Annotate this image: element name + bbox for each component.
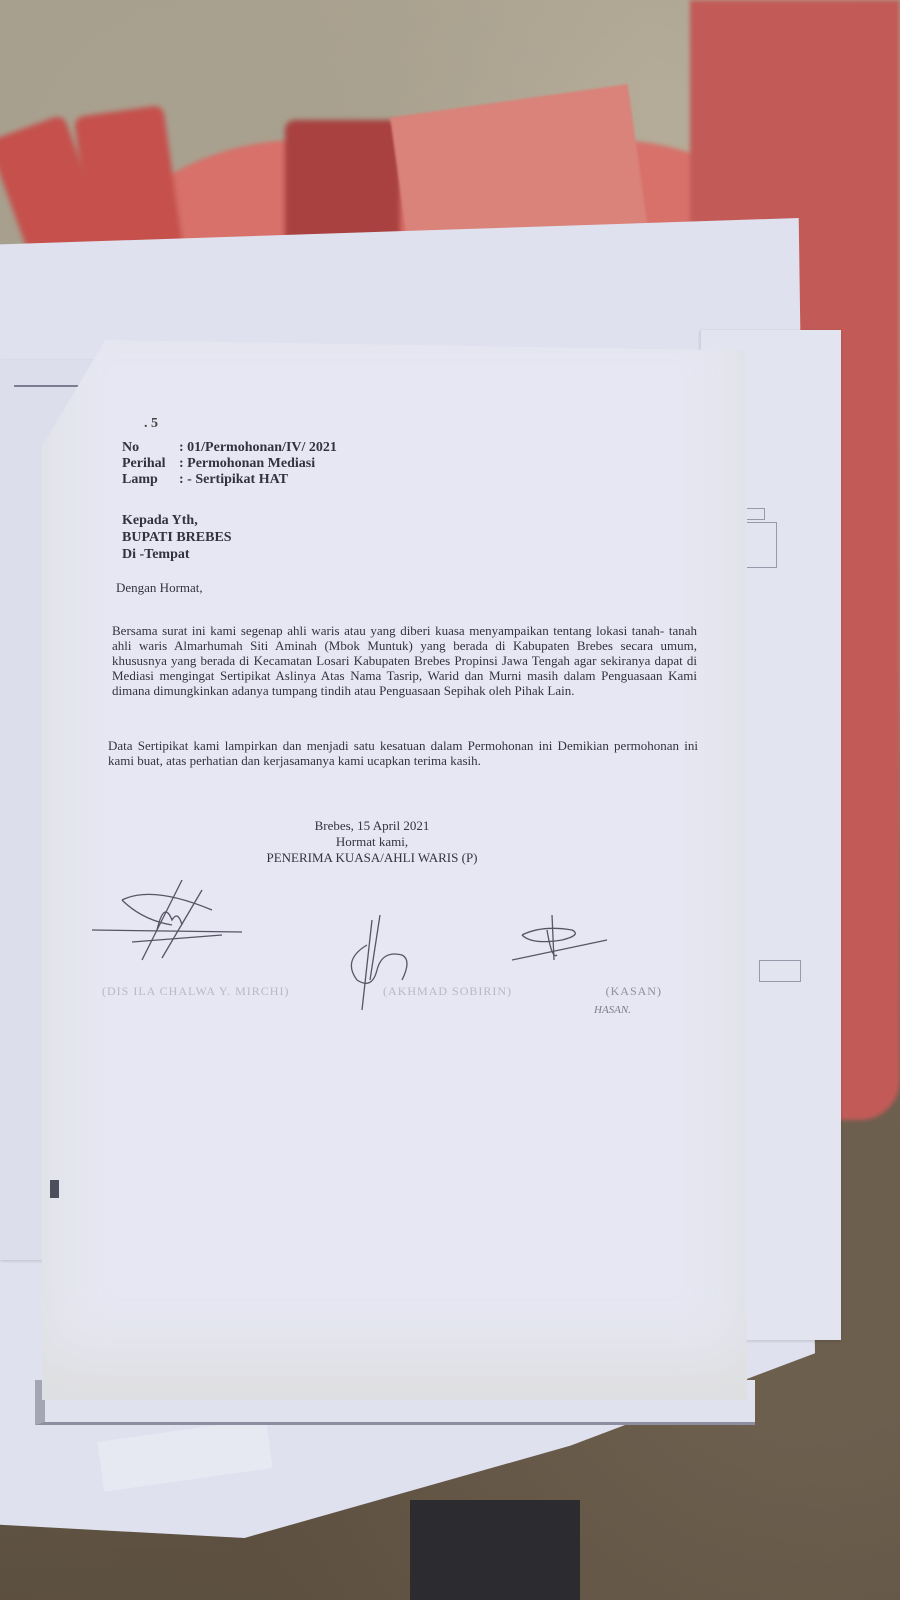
page-marker [50,1180,59,1198]
letter-meta: No : 01/Permohonan/IV/ 2021 Perihal : Pe… [122,440,337,488]
meta-attachment: Lamp : - Sertipikat HAT [122,472,337,488]
dark-object [410,1500,580,1600]
signatory-name: (DIS ILA CHALWA Y. MIRCHI) [102,984,289,999]
signature-2-icon [342,900,442,1020]
form-box [759,960,801,982]
signatory-names: (DIS ILA CHALWA Y. MIRCHI) (AKHMAD SOBIR… [102,984,662,999]
letter-page: . 5 No : 01/Permohonan/IV/ 2021 Perihal … [42,340,747,1400]
meta-subject: Perihal : Permohonan Mediasi [122,456,337,472]
handwritten-note: HASAN. [594,1004,631,1016]
greeting: Dengan Hormat, [116,580,203,596]
signature-3-icon [512,910,612,980]
signatory-name: (KASAN) [606,984,662,999]
body-paragraph: Bersama surat ini kami segenap ahli wari… [112,623,697,698]
closing-block: Brebes, 15 April 2021 Hormat kami, PENER… [222,818,522,866]
page-mark: . 5 [144,416,158,432]
meta-number: No : 01/Permohonan/IV/ 2021 [122,440,337,456]
body-paragraph: Data Sertipikat kami lampirkan dan menja… [108,738,698,768]
signatory-name: (AKHMAD SOBIRIN) [383,984,512,999]
signature-1-icon [92,870,252,970]
recipient-block: Kepada Yth, BUPATI BREBES Di -Tempat [122,512,232,563]
